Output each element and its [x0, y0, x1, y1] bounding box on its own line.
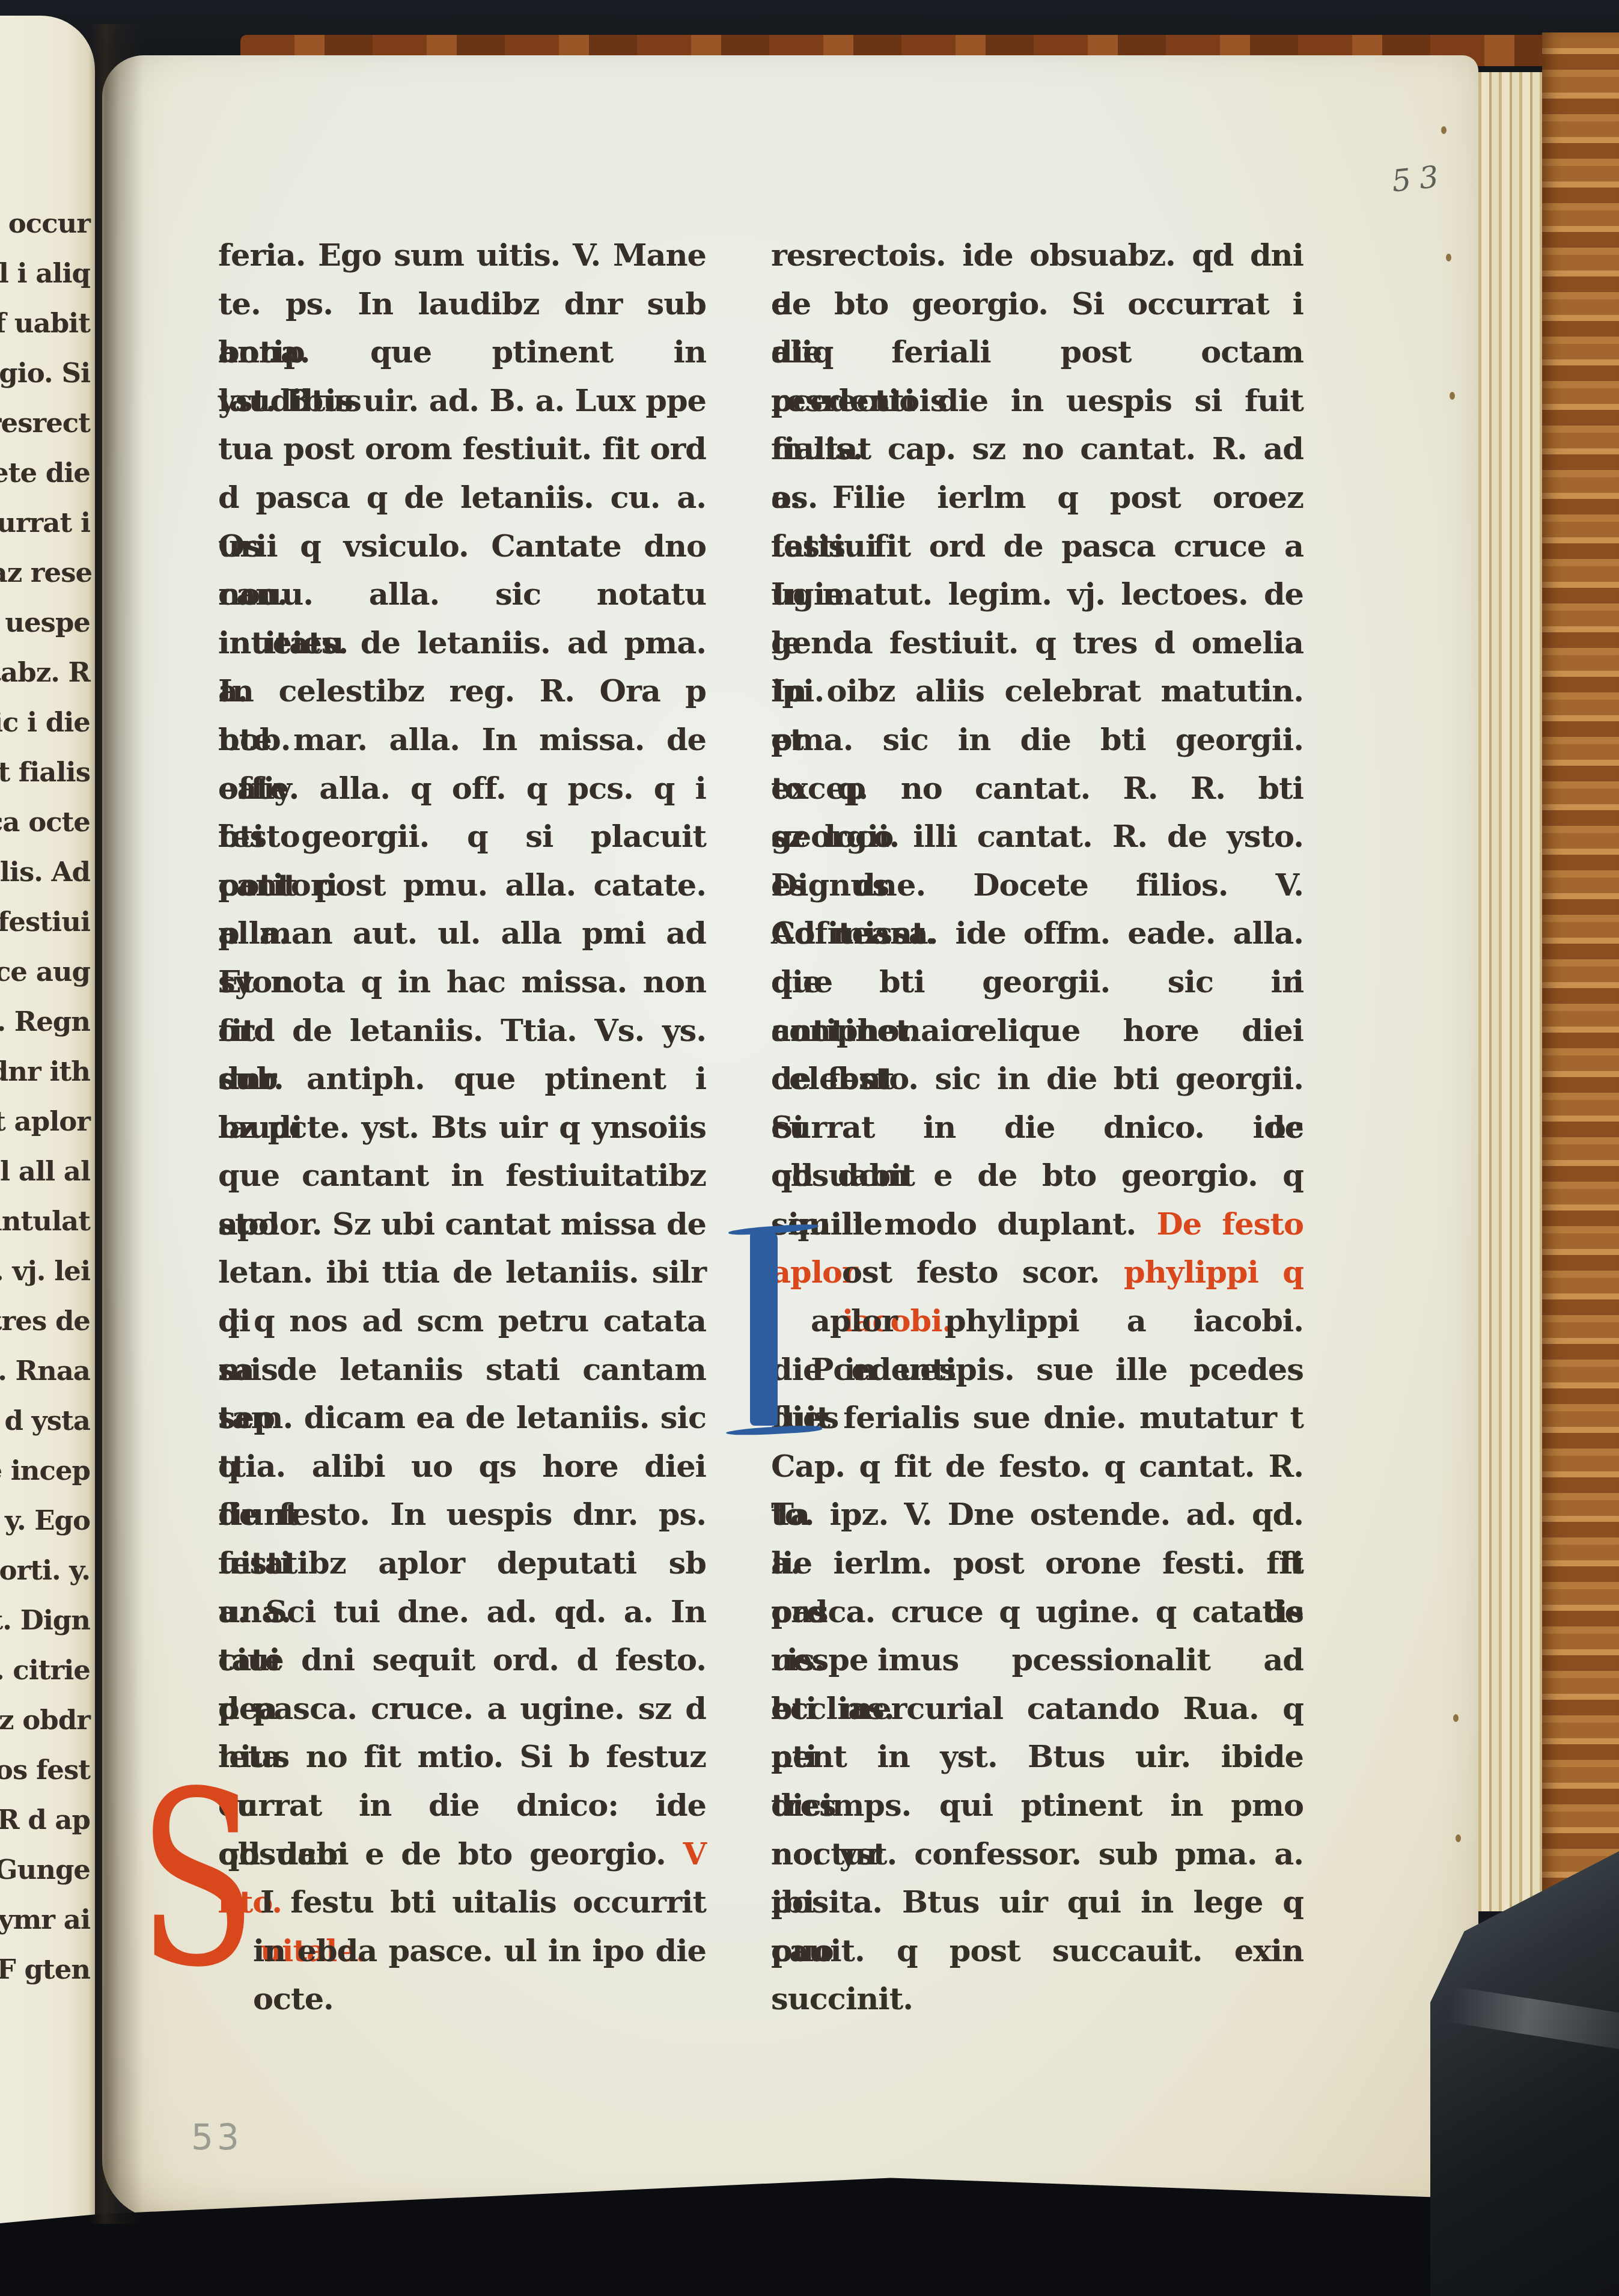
page-edges-stack — [1471, 72, 1546, 1911]
initial-i-stem — [750, 1232, 778, 1426]
manuscript-line: die feriali post octam resrectiois — [771, 328, 1303, 377]
manuscript-line: urii q vsiculo. Cantate dno can. — [218, 522, 706, 571]
manuscript-line: die bti georgii. sic in antiphonaio — [771, 958, 1303, 1007]
manuscript-page: 53 feria. Ego sum uitis. V. Manete. ps. … — [102, 55, 1478, 2219]
facing-page-line-fragment: georgio. Si — [0, 348, 90, 398]
manuscript-line: d pasca q de letaniis. cu. a. Os — [218, 474, 706, 522]
body-text: I festu bti uitalis occurrit — [260, 1884, 706, 1920]
manuscript-line: q q nos ad scm petru catata mis — [218, 1297, 706, 1346]
facing-page-line-fragment: a cantabz. R — [0, 647, 90, 697]
manuscript-line: continet. relique hore diei celebnt — [771, 1007, 1303, 1055]
facing-page-line-fragment: ymr ai — [0, 1895, 90, 1944]
body-text: qd dcm e de bto georgio. — [218, 1836, 666, 1872]
facing-page-line-fragment: ui sic i die — [0, 697, 90, 747]
manuscript-line: currat in die dnico. ide obsuabit — [771, 1104, 1303, 1152]
facing-page-line-fragment: dni. ul i aliq — [0, 248, 90, 298]
manuscript-line: pma. sic in die bti georgii. excep — [771, 716, 1303, 765]
manuscript-line: currat in die dnico: ide obsuabi — [218, 1782, 706, 1830]
manuscript-line: sub antiph. que ptinent i laudi — [218, 1055, 706, 1104]
facing-page-line-fragment: uitis. y. Ego — [0, 1495, 90, 1545]
manuscript-line: tua post orom festiuit. fit ord — [218, 425, 706, 474]
fore-edge-pages — [1542, 32, 1619, 1914]
manuscript-line: a. Sci tui dne. ad. qd. a. In ciui — [218, 1588, 706, 1637]
manuscript-line: simili modo duplant. De festo aplor — [771, 1200, 1303, 1249]
manuscript-line: die in uespis. sue ille pcedes dies — [771, 1346, 1303, 1394]
body-text: stolor. Sz ubi cantat missa de — [218, 1206, 706, 1242]
facing-page-line-fragment: a euag occur — [0, 198, 90, 248]
facing-page-line-fragment: adhuc e incep — [0, 1446, 90, 1495]
facing-page-line-fragment: sequete die — [0, 448, 90, 498]
initial-i-letter: I — [737, 1226, 737, 1227]
body-text: yst. Btis uir. ad. B. a. Lux ppe — [218, 383, 706, 419]
manuscript-line: sa de letaniis stati cantam sep — [218, 1346, 706, 1394]
manuscript-line: genda festiuit. q tres d omelia ipi. — [771, 619, 1303, 668]
facing-page-line-fragment: Si u occurrat i — [0, 498, 90, 548]
folio-number-bottom: 53 — [191, 2117, 243, 2158]
manuscript-line: In celestibz reg. R. Ora p nob. — [218, 667, 706, 716]
facing-page-line-fragment: r. a. all all al — [0, 1146, 90, 1196]
manuscript-line: bte mar. alla. In missa. de offiy — [218, 716, 706, 765]
manuscript-line: aplor phylippi a iacobi. Pcedenti — [771, 1297, 1303, 1346]
facing-page-line-fragment: ment intulat — [0, 1196, 90, 1246]
manuscript-line: sz loco illi cantat. R. de ysto. Dignus — [771, 813, 1303, 861]
manuscript-line: letan. ibi ttia de letaniis. silr di — [218, 1248, 706, 1297]
facing-page-line-fragment: a dnica octe — [0, 797, 90, 847]
facing-page-line-fragment: . cruce aug — [0, 947, 90, 997]
manuscript-line: Cap. q fit de festo. q cantat. R. Ta — [771, 1443, 1303, 1491]
manuscript-line: p man aut. ul. alla pmi ad syon — [218, 909, 706, 958]
text-column-left: feria. Ego sum uitis. V. Manete. ps. In … — [218, 231, 706, 1975]
wormhole-speck — [1441, 126, 1447, 134]
manuscript-line: nent in yst. Btus uir. ibide dicim — [771, 1733, 1303, 1782]
manuscript-line: pasca. cruce q ugine. q catatis uespe — [771, 1588, 1303, 1637]
manuscript-line: potit post pmu. alla. catate. alla. — [218, 861, 706, 910]
manuscript-line: bti mercurial catando Rua. q pti — [771, 1685, 1303, 1733]
manuscript-line: ord de letaniis. Ttia. Vs. ys. dnr. — [218, 1007, 706, 1055]
wormhole-speck — [1456, 1834, 1461, 1842]
manuscript-line: eate. alla. q off. q pcs. q i festo — [218, 765, 706, 813]
facing-page-line-fragment: apta. citrie — [0, 1645, 90, 1695]
manuscript-line: tam. dicam ea de letaniis. sic q — [218, 1394, 706, 1443]
facing-page-line-fragment: lis adnr ith — [0, 1046, 90, 1096]
facing-page-line-fragment: idi porti. y. — [0, 1545, 90, 1595]
manuscript-line: In oibz aliis celebrat matutin. et — [771, 667, 1303, 716]
manuscript-line: in ebda pasce. ul in ipo die octe. — [218, 1927, 706, 1976]
body-text: feria. Ego sum uitis. V. Mane — [218, 237, 706, 273]
facing-page-line-fragment: oez festiui — [0, 897, 90, 947]
manuscript-line: feria. Ego sum uitis. V. Mane — [218, 231, 706, 280]
facing-page-line-fragment: egunt. vj. lei — [0, 1246, 90, 1296]
manuscript-line: d pasca. cruce. a ugine. sz d leta — [218, 1685, 706, 1733]
facing-page-line-fragment: ttia d ysta — [0, 1396, 90, 1446]
facing-page-line-fragment: r aplis. Ad — [0, 847, 90, 897]
manuscript-line: to. ipz. V. Dne ostende. ad. qd. a. fi — [771, 1491, 1303, 1539]
body-text: simili modo duplant. — [771, 1206, 1136, 1242]
manuscript-line: mutat cap. sz no cantat. R. ad os. — [771, 425, 1303, 474]
manuscript-line: ost festo scor. phylippi q iacobi. — [771, 1248, 1303, 1297]
facing-page-line-fragment: es fuit fialis — [0, 747, 90, 797]
manuscript-line: tatis. fit ord de pasca cruce a ugie. — [771, 522, 1303, 571]
manuscript-line: fuit ferialis sue dnie. mutatur t — [771, 1394, 1303, 1443]
wormhole-speck — [1446, 254, 1451, 261]
facing-page-line-fragment: post octaz rese — [0, 548, 90, 597]
folio-number-top: 53 — [1390, 158, 1448, 198]
body-text: in ebda pasce. ul in ipo die octe. — [253, 1933, 706, 2018]
facing-page-line-fragment: d. F gten — [0, 1944, 90, 1994]
facing-page-line-fragment: catis q tres de — [0, 1296, 90, 1346]
initial-i-blue: I — [737, 1226, 821, 1437]
text-column-right: resrectois. ide obsuabz. qd dni ede bto … — [771, 231, 1303, 1975]
manuscript-line: bz pcte. yst. Bts uir q ynsoiis — [218, 1104, 706, 1152]
body-text: tua post orom festiuit. fit ord — [218, 431, 706, 467]
initial-s-red: S — [138, 1782, 268, 2034]
facing-page-edge: a euag occurdni. ul i aliqide obf uabitg… — [0, 16, 95, 2232]
manuscript-line: stolor. Sz ubi cantat missa de — [218, 1200, 706, 1249]
gutter-shadow — [89, 24, 143, 2224]
manuscript-line: yst. Btis uir. ad. B. a. Lux ppe — [218, 377, 706, 426]
manuscript-line: intitatu de letaniis. ad pma. a. — [218, 619, 706, 668]
manuscript-line: qd dcm e de bto georgio. q squille — [771, 1152, 1303, 1200]
manuscript-line: a. Filie ierlm q post oroez festiui — [771, 474, 1303, 522]
manuscript-line: I festu bti uitalis occurrit uitale. — [218, 1878, 706, 1927]
facing-page-line-fragment: ant. vj. Rnaa — [0, 1346, 90, 1396]
manuscript-line: te. ps. In laudibz dnr sub antip — [218, 280, 706, 329]
facing-page-line-fragment: e aplos fest — [0, 1745, 90, 1795]
manuscript-line: Ad missa. ide offm. eade. alla. que i — [771, 909, 1303, 958]
manuscript-line: no. yst. confessor. sub pma. a. ibi — [771, 1830, 1303, 1879]
manuscript-photo: a euag occurdni. ul i aliqide obf uabitg… — [0, 0, 1619, 2296]
manuscript-line: uitatibz aplor deputati sb una. — [218, 1539, 706, 1588]
manuscript-line: In matut. legim. vj. lectoes. de le — [771, 570, 1303, 619]
body-text: ost festo scor. — [842, 1254, 1100, 1290]
facing-page-line-fragment: festiuit aplor — [0, 1096, 90, 1146]
body-text: cauit. q post succauit. exin succinit. — [771, 1933, 1303, 2018]
manuscript-line: de bto georgio. Si occurrat i aliq — [771, 280, 1303, 329]
manuscript-line: Et nota q in hac missa. non fit — [218, 958, 706, 1007]
initial-i-bottom-flourish — [726, 1424, 822, 1437]
manuscript-line: qd dcm e de bto georgio. V bto. — [218, 1830, 706, 1879]
facing-page-line-fragment: y. Gunge — [0, 1845, 90, 1895]
manuscript-line: tate dni sequit ord. d festo. pea — [218, 1636, 706, 1685]
body-text: bz pcte. yst. Bts uir q ynsoiis — [218, 1110, 706, 1146]
manuscript-line: bona. que ptinent in laudibus — [218, 328, 706, 377]
manuscript-line: to q. no cantat. R. R. bti georgii. — [771, 765, 1303, 813]
wormhole-speck — [1450, 392, 1455, 400]
manuscript-line: posita. Btus uir qui in lege q puo — [771, 1878, 1303, 1927]
manuscript-line: bti georgii. q si placuit cantori — [218, 813, 706, 861]
facing-page-line-fragment: R d ap — [0, 1795, 90, 1845]
body-text: fuit ferialis sue dnie. mutatur t — [771, 1400, 1303, 1436]
manuscript-line: cauit. q post succauit. exin succinit. — [771, 1927, 1303, 1976]
manuscript-line: tres ps. qui ptinent in pmo noctur — [771, 1782, 1303, 1830]
manuscript-line: de festo. sic in die bti georgii. Si oc — [771, 1055, 1303, 1104]
manuscript-line: resrectois. ide obsuabz. qd dni e — [771, 231, 1303, 280]
manuscript-line: pcedenti die in uespis si fuit fialis. — [771, 377, 1303, 426]
manuscript-line: de festo. In uespis dnr. ps. festi — [218, 1491, 706, 1539]
manuscript-line: es dne. Docete filios. V. Cofiteant. — [771, 861, 1303, 910]
facing-page-line-fragment: ide obf uabit — [0, 298, 90, 348]
facing-page-line-fragment: ata yst. Dign — [0, 1595, 90, 1645]
manuscript-line: lie ierlm. post orone festi. fit ord de — [771, 1539, 1303, 1588]
manuscript-line: nius no fit mtio. Si b festuz oc — [218, 1733, 706, 1782]
manuscript-line: ttia. alibi uo qs hore diei fiunt — [218, 1443, 706, 1491]
facing-page-line-fragment: die in uespe — [0, 597, 90, 647]
manuscript-line: ris. imus pcessionalit ad ecclias. — [771, 1636, 1303, 1685]
wormhole-speck — [1453, 1714, 1459, 1722]
facing-page-line-fragment: te. alla. Regn — [0, 997, 90, 1046]
manuscript-line: nouu. alla. sic notatu inueies. — [218, 570, 706, 619]
manuscript-line: que cantant in festiuitatibz apo — [218, 1152, 706, 1200]
facing-page-line-fragment: fernaz obdr — [0, 1695, 90, 1745]
facing-page-line-fragment: octe resrect — [0, 398, 90, 448]
facing-page-text-fragments: a euag occurdni. ul i aliqide obf uabitg… — [0, 198, 90, 1994]
